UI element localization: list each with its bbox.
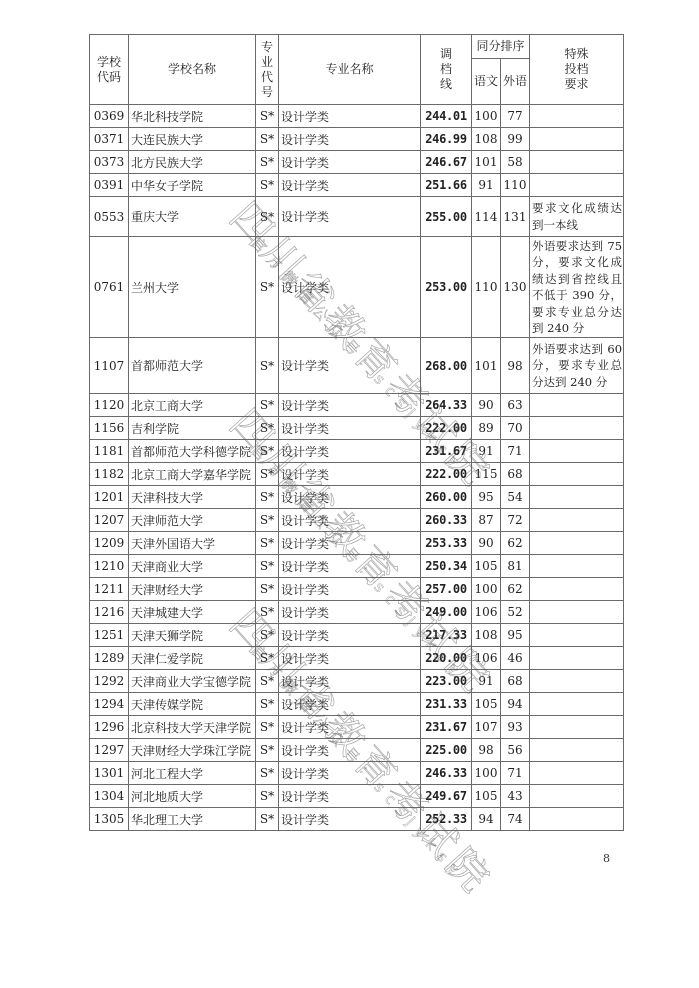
foreign-rank-cell: 58 — [501, 151, 530, 174]
score-cell: 251.66 — [421, 174, 472, 197]
major-code-cell: S* — [256, 105, 279, 128]
table-row: 1211天津财经大学S*设计学类257.0010062 — [90, 578, 624, 601]
special-req-cell — [530, 601, 624, 624]
score-cell: 260.00 — [421, 486, 472, 509]
chinese-rank-cell: 89 — [472, 417, 501, 440]
major-name-cell: 设计学类 — [279, 693, 421, 716]
major-code-cell: S* — [256, 624, 279, 647]
score-cell: 231.67 — [421, 440, 472, 463]
table-row: 1305华北理工大学S*设计学类252.339474 — [90, 808, 624, 831]
chinese-rank-cell: 115 — [472, 463, 501, 486]
major-name-cell: 设计学类 — [279, 808, 421, 831]
school-code-cell: 0761 — [90, 237, 129, 338]
special-req-cell — [530, 509, 624, 532]
school-code-cell: 1181 — [90, 440, 129, 463]
special-req-cell — [530, 174, 624, 197]
school-code-cell: 1209 — [90, 532, 129, 555]
major-name-cell: 设计学类 — [279, 151, 421, 174]
major-name-cell: 设计学类 — [279, 647, 421, 670]
major-name-cell: 设计学类 — [279, 128, 421, 151]
major-code-cell: S* — [256, 128, 279, 151]
school-name-cell: 天津外国语大学 — [129, 532, 256, 555]
foreign-rank-cell: 93 — [501, 716, 530, 739]
major-name-cell: 设计学类 — [279, 174, 421, 197]
table-row: 1210天津商业大学S*设计学类250.3410581 — [90, 555, 624, 578]
major-name-cell: 设计学类 — [279, 338, 421, 394]
special-req-cell — [530, 440, 624, 463]
school-name-cell: 首都师范大学 — [129, 338, 256, 394]
header-foreign-lang: 外语 — [501, 59, 530, 105]
foreign-rank-cell: 70 — [501, 417, 530, 440]
foreign-rank-cell: 110 — [501, 174, 530, 197]
school-name-cell: 兰州大学 — [129, 237, 256, 338]
special-req-cell — [530, 578, 624, 601]
school-code-cell: 1296 — [90, 716, 129, 739]
major-name-cell: 设计学类 — [279, 440, 421, 463]
foreign-rank-cell: 81 — [501, 555, 530, 578]
score-cell: 217.33 — [421, 624, 472, 647]
table-row: 1207天津师范大学S*设计学类260.338772 — [90, 509, 624, 532]
score-cell: 246.33 — [421, 762, 472, 785]
chinese-rank-cell: 100 — [472, 578, 501, 601]
chinese-rank-cell: 91 — [472, 174, 501, 197]
special-req-cell — [530, 463, 624, 486]
special-req-cell — [530, 394, 624, 417]
table-row: 0373北方民族大学S*设计学类246.6710158 — [90, 151, 624, 174]
major-name-cell: 设计学类 — [279, 486, 421, 509]
table-row: 1251天津天狮学院S*设计学类217.3310895 — [90, 624, 624, 647]
table-row: 1216天津城建大学S*设计学类249.0010652 — [90, 601, 624, 624]
foreign-rank-cell: 98 — [501, 338, 530, 394]
chinese-rank-cell: 91 — [472, 670, 501, 693]
major-name-cell: 设计学类 — [279, 739, 421, 762]
school-code-cell: 1251 — [90, 624, 129, 647]
special-req-cell: 要求文化成绩达到一本线 — [530, 197, 624, 237]
chinese-rank-cell: 114 — [472, 197, 501, 237]
school-code-cell: 1207 — [90, 509, 129, 532]
school-code-cell: 1301 — [90, 762, 129, 785]
major-code-cell: S* — [256, 394, 279, 417]
school-name-cell: 北京工商大学嘉华学院 — [129, 463, 256, 486]
foreign-rank-cell: 43 — [501, 785, 530, 808]
special-req-cell — [530, 670, 624, 693]
table-row: 1209天津外国语大学S*设计学类253.339062 — [90, 532, 624, 555]
school-code-cell: 1304 — [90, 785, 129, 808]
header-major-code: 专业代号 — [256, 35, 279, 105]
school-name-cell: 天津仁爱学院 — [129, 647, 256, 670]
foreign-rank-cell: 77 — [501, 105, 530, 128]
header-score: 调档线 — [421, 35, 472, 105]
score-cell: 222.00 — [421, 417, 472, 440]
foreign-rank-cell: 56 — [501, 739, 530, 762]
major-code-cell: S* — [256, 555, 279, 578]
chinese-rank-cell: 101 — [472, 151, 501, 174]
major-name-cell: 设计学类 — [279, 532, 421, 555]
header-major-name: 专业名称 — [279, 35, 421, 105]
score-cell: 260.33 — [421, 509, 472, 532]
foreign-rank-cell: 72 — [501, 509, 530, 532]
school-code-cell: 1201 — [90, 486, 129, 509]
major-name-cell: 设计学类 — [279, 105, 421, 128]
major-code-cell: S* — [256, 670, 279, 693]
score-cell: 255.00 — [421, 197, 472, 237]
special-req-cell — [530, 716, 624, 739]
table-row: 1181首都师范大学科德学院S*设计学类231.679171 — [90, 440, 624, 463]
chinese-rank-cell: 100 — [472, 105, 501, 128]
school-code-cell: 1210 — [90, 555, 129, 578]
foreign-rank-cell: 68 — [501, 670, 530, 693]
special-req-cell — [530, 417, 624, 440]
special-req-cell — [530, 693, 624, 716]
major-name-cell: 设计学类 — [279, 509, 421, 532]
chinese-rank-cell: 101 — [472, 338, 501, 394]
major-name-cell: 设计学类 — [279, 555, 421, 578]
score-cell: 223.00 — [421, 670, 472, 693]
chinese-rank-cell: 95 — [472, 486, 501, 509]
table-row: 1294天津传媒学院S*设计学类231.3310594 — [90, 693, 624, 716]
school-name-cell: 天津传媒学院 — [129, 693, 256, 716]
table-row: 0371大连民族大学S*设计学类246.9910899 — [90, 128, 624, 151]
foreign-rank-cell: 68 — [501, 463, 530, 486]
header-tie-rank: 同分排序 — [472, 35, 530, 59]
major-name-cell: 设计学类 — [279, 197, 421, 237]
major-code-cell: S* — [256, 647, 279, 670]
table-body: 0369华北科技学院S*设计学类244.01100770371大连民族大学S*设… — [90, 105, 624, 831]
major-code-cell: S* — [256, 693, 279, 716]
special-req-cell — [530, 151, 624, 174]
score-cell: 244.01 — [421, 105, 472, 128]
school-code-cell: 1182 — [90, 463, 129, 486]
table-row: 1304河北地质大学S*设计学类249.6710543 — [90, 785, 624, 808]
school-code-cell: 1216 — [90, 601, 129, 624]
foreign-rank-cell: 52 — [501, 601, 530, 624]
major-name-cell: 设计学类 — [279, 394, 421, 417]
header-school-name: 学校名称 — [129, 35, 256, 105]
chinese-rank-cell: 90 — [472, 532, 501, 555]
foreign-rank-cell: 99 — [501, 128, 530, 151]
chinese-rank-cell: 108 — [472, 624, 501, 647]
school-code-cell: 1156 — [90, 417, 129, 440]
school-code-cell: 0373 — [90, 151, 129, 174]
foreign-rank-cell: 94 — [501, 693, 530, 716]
foreign-rank-cell: 131 — [501, 197, 530, 237]
chinese-rank-cell: 100 — [472, 762, 501, 785]
chinese-rank-cell: 107 — [472, 716, 501, 739]
school-code-cell: 0553 — [90, 197, 129, 237]
school-name-cell: 天津科技大学 — [129, 486, 256, 509]
school-code-cell: 0391 — [90, 174, 129, 197]
major-code-cell: S* — [256, 808, 279, 831]
school-name-cell: 重庆大学 — [129, 197, 256, 237]
major-name-cell: 设计学类 — [279, 762, 421, 785]
table-row: 1301河北工程大学S*设计学类246.3310071 — [90, 762, 624, 785]
special-req-cell — [530, 105, 624, 128]
major-code-cell: S* — [256, 237, 279, 338]
major-code-cell: S* — [256, 463, 279, 486]
special-req-cell — [530, 555, 624, 578]
school-name-cell: 北京科技大学天津学院 — [129, 716, 256, 739]
table-row: 1182北京工商大学嘉华学院S*设计学类222.0011568 — [90, 463, 624, 486]
score-cell: 231.33 — [421, 693, 472, 716]
score-cell: 220.00 — [421, 647, 472, 670]
major-name-cell: 设计学类 — [279, 785, 421, 808]
foreign-rank-cell: 54 — [501, 486, 530, 509]
score-cell: 268.00 — [421, 338, 472, 394]
score-cell: 250.34 — [421, 555, 472, 578]
chinese-rank-cell: 105 — [472, 785, 501, 808]
major-code-cell: S* — [256, 578, 279, 601]
table-row: 1296北京科技大学天津学院S*设计学类231.6710793 — [90, 716, 624, 739]
chinese-rank-cell: 98 — [472, 739, 501, 762]
score-cell: 222.00 — [421, 463, 472, 486]
table-row: 1201天津科技大学S*设计学类260.009554 — [90, 486, 624, 509]
table-row: 1289天津仁爱学院S*设计学类220.0010646 — [90, 647, 624, 670]
school-code-cell: 0371 — [90, 128, 129, 151]
school-name-cell: 华北理工大学 — [129, 808, 256, 831]
foreign-rank-cell: 71 — [501, 440, 530, 463]
school-name-cell: 河北工程大学 — [129, 762, 256, 785]
foreign-rank-cell: 62 — [501, 532, 530, 555]
table-row: 1292天津商业大学宝德学院S*设计学类223.009168 — [90, 670, 624, 693]
major-code-cell: S* — [256, 601, 279, 624]
major-name-cell: 设计学类 — [279, 670, 421, 693]
school-code-cell: 1289 — [90, 647, 129, 670]
score-cell: 252.33 — [421, 808, 472, 831]
school-code-cell: 1211 — [90, 578, 129, 601]
school-code-cell: 1292 — [90, 670, 129, 693]
score-cell: 225.00 — [421, 739, 472, 762]
score-cell: 257.00 — [421, 578, 472, 601]
chinese-rank-cell: 106 — [472, 601, 501, 624]
major-name-cell: 设计学类 — [279, 463, 421, 486]
school-name-cell: 河北地质大学 — [129, 785, 256, 808]
score-cell: 253.00 — [421, 237, 472, 338]
score-cell: 231.67 — [421, 716, 472, 739]
score-cell: 246.99 — [421, 128, 472, 151]
table-row: 1107首都师范大学S*设计学类268.0010198外语要求达到 60 分，要… — [90, 338, 624, 394]
special-req-cell — [530, 762, 624, 785]
school-code-cell: 1297 — [90, 739, 129, 762]
chinese-rank-cell: 105 — [472, 693, 501, 716]
foreign-rank-cell: 95 — [501, 624, 530, 647]
page-number: 8 — [603, 852, 610, 865]
school-name-cell: 北京工商大学 — [129, 394, 256, 417]
major-name-cell: 设计学类 — [279, 601, 421, 624]
chinese-rank-cell: 91 — [472, 440, 501, 463]
chinese-rank-cell: 108 — [472, 128, 501, 151]
school-name-cell: 华北科技学院 — [129, 105, 256, 128]
table-row: 0553重庆大学S*设计学类255.00114131要求文化成绩达到一本线 — [90, 197, 624, 237]
chinese-rank-cell: 110 — [472, 237, 501, 338]
chinese-rank-cell: 105 — [472, 555, 501, 578]
admission-score-table: 学校代码 学校名称 专业代号 专业名称 调档线 同分排序 特殊投档要求 语文 外… — [89, 34, 624, 831]
special-req-cell — [530, 739, 624, 762]
major-code-cell: S* — [256, 338, 279, 394]
major-name-cell: 设计学类 — [279, 417, 421, 440]
table-row: 0761兰州大学S*设计学类253.00110130外语要求达到 75 分，要求… — [90, 237, 624, 338]
chinese-rank-cell: 106 — [472, 647, 501, 670]
chinese-rank-cell: 94 — [472, 808, 501, 831]
special-req-cell — [530, 785, 624, 808]
table-row: 0369华北科技学院S*设计学类244.0110077 — [90, 105, 624, 128]
foreign-rank-cell: 63 — [501, 394, 530, 417]
header-chinese: 语文 — [472, 59, 501, 105]
table-row: 1120北京工商大学S*设计学类264.339063 — [90, 394, 624, 417]
school-name-cell: 天津商业大学宝德学院 — [129, 670, 256, 693]
foreign-rank-cell: 71 — [501, 762, 530, 785]
school-name-cell: 天津商业大学 — [129, 555, 256, 578]
special-req-cell: 外语要求达到 60 分，要求专业总分达到 240 分 — [530, 338, 624, 394]
foreign-rank-cell: 130 — [501, 237, 530, 338]
major-code-cell: S* — [256, 509, 279, 532]
special-req-cell — [530, 808, 624, 831]
special-req-cell — [530, 486, 624, 509]
major-code-cell: S* — [256, 197, 279, 237]
score-cell: 264.33 — [421, 394, 472, 417]
school-code-cell: 1305 — [90, 808, 129, 831]
school-name-cell: 吉利学院 — [129, 417, 256, 440]
school-code-cell: 1107 — [90, 338, 129, 394]
major-code-cell: S* — [256, 785, 279, 808]
school-name-cell: 首都师范大学科德学院 — [129, 440, 256, 463]
major-code-cell: S* — [256, 532, 279, 555]
special-req-cell: 外语要求达到 75 分，要求文化成绩达到省控线且不低于 390 分，要求专业总分… — [530, 237, 624, 338]
school-name-cell: 天津财经大学珠江学院 — [129, 739, 256, 762]
major-code-cell: S* — [256, 440, 279, 463]
school-code-cell: 0369 — [90, 105, 129, 128]
major-code-cell: S* — [256, 739, 279, 762]
header-special-req: 特殊投档要求 — [530, 35, 624, 105]
major-name-cell: 设计学类 — [279, 624, 421, 647]
major-code-cell: S* — [256, 417, 279, 440]
chinese-rank-cell: 90 — [472, 394, 501, 417]
table-row: 1297天津财经大学珠江学院S*设计学类225.009856 — [90, 739, 624, 762]
major-code-cell: S* — [256, 174, 279, 197]
foreign-rank-cell: 74 — [501, 808, 530, 831]
chinese-rank-cell: 87 — [472, 509, 501, 532]
major-name-cell: 设计学类 — [279, 716, 421, 739]
foreign-rank-cell: 62 — [501, 578, 530, 601]
school-name-cell: 天津财经大学 — [129, 578, 256, 601]
table-row: 0391中华女子学院S*设计学类251.6691110 — [90, 174, 624, 197]
table-row: 1156吉利学院S*设计学类222.008970 — [90, 417, 624, 440]
major-code-cell: S* — [256, 486, 279, 509]
major-code-cell: S* — [256, 151, 279, 174]
score-cell: 246.67 — [421, 151, 472, 174]
special-req-cell — [530, 647, 624, 670]
score-cell: 249.67 — [421, 785, 472, 808]
special-req-cell — [530, 624, 624, 647]
document-page: 学校代码 学校名称 专业代号 专业名称 调档线 同分排序 特殊投档要求 语文 外… — [0, 0, 699, 988]
major-name-cell: 设计学类 — [279, 237, 421, 338]
school-name-cell: 大连民族大学 — [129, 128, 256, 151]
foreign-rank-cell: 46 — [501, 647, 530, 670]
major-name-cell: 设计学类 — [279, 578, 421, 601]
school-code-cell: 1120 — [90, 394, 129, 417]
school-name-cell: 天津师范大学 — [129, 509, 256, 532]
major-code-cell: S* — [256, 762, 279, 785]
score-cell: 253.33 — [421, 532, 472, 555]
header-school-code: 学校代码 — [90, 35, 129, 105]
school-code-cell: 1294 — [90, 693, 129, 716]
special-req-cell — [530, 532, 624, 555]
school-name-cell: 天津城建大学 — [129, 601, 256, 624]
score-cell: 249.00 — [421, 601, 472, 624]
school-name-cell: 北方民族大学 — [129, 151, 256, 174]
school-name-cell: 中华女子学院 — [129, 174, 256, 197]
school-name-cell: 天津天狮学院 — [129, 624, 256, 647]
special-req-cell — [530, 128, 624, 151]
major-code-cell: S* — [256, 716, 279, 739]
